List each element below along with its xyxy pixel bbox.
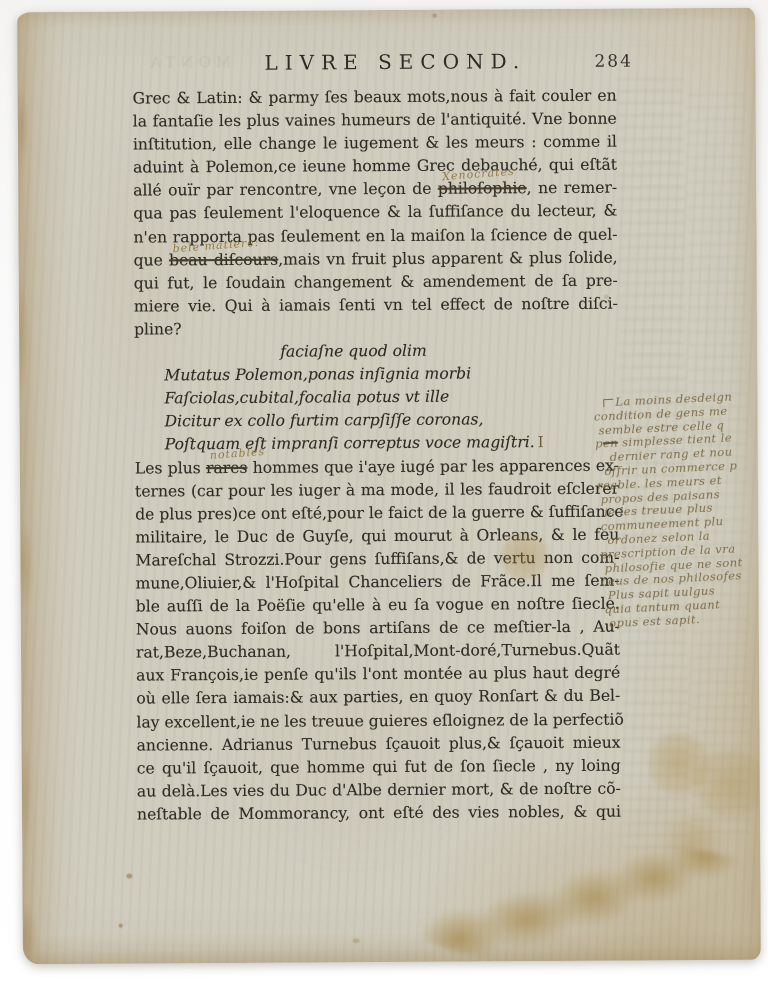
text-line: mune,Oliuier,& l'Hoſpital Chanceliers de… xyxy=(136,570,620,596)
struck-out-text: beau diſcoursbele matiere: xyxy=(169,250,278,269)
handwritten-correction: Xenocrates xyxy=(441,166,514,182)
text-line: ble auſſi de la Poëſie qu'elle à eu ſa v… xyxy=(136,593,620,619)
text-line: ce qu'il ſçauoit, que homme qui fut de ſ… xyxy=(137,754,621,780)
text-line: allé ouïr par rencontre, vne leçon de ph… xyxy=(133,177,617,203)
text-line: Dicitur ex collo furtim carpſiſſe corona… xyxy=(165,408,619,434)
text-line: Mareſchal Strozzi.Pour gens ſuffiſans,& … xyxy=(135,546,619,572)
text-line: qua pas ſeulement l'eloquence & la ſuffi… xyxy=(133,200,617,226)
text-line: que beau diſcoursbele matiere:,mais vn f… xyxy=(134,246,618,272)
ink-speck xyxy=(432,14,437,18)
text-line: pline? xyxy=(134,316,618,342)
text-line: Grec & Latin: & parmy ſes beaux mots,nou… xyxy=(133,85,617,111)
text-segment: allé ouïr par rencontre, vne leçon de xyxy=(133,180,438,200)
paragraph-2: Les plus raresnotables hommes que i'aye … xyxy=(135,454,621,826)
handwritten-margin-annotation: La moins desdeigncondition de gens mesem… xyxy=(593,388,761,631)
text-line: inſtitution, elle change le iugement & l… xyxy=(133,131,617,157)
text-line: ternes (car pour les iuger à ma mode, il… xyxy=(135,477,619,503)
stain-spot xyxy=(658,812,728,872)
large-bottom-stain xyxy=(409,829,761,964)
struck-out-text: raresnotables xyxy=(206,458,248,476)
ink-speck xyxy=(604,295,609,299)
running-header: LIVRE SECOND. 284 xyxy=(134,48,634,75)
struck-out-text: en xyxy=(603,436,619,451)
book-page: MONTA LIVRE SECOND. 284 Grec & Latin: & … xyxy=(17,8,761,964)
text-line: aux François,ie penſe qu'ils l'ont monté… xyxy=(136,662,620,688)
text-line: de plus pres)ce ont eſté,pour le faict d… xyxy=(135,500,619,526)
text-line: la fantaſie les plus vaines humeurs de l… xyxy=(133,108,617,134)
text-line: aduint à Polemon,ce ieune homme Grec deb… xyxy=(133,154,617,180)
text-line: lay excellent,ie ne les treuue guieres e… xyxy=(136,708,620,734)
text-line: militaire, le Duc de Guyſe, qui mourut à… xyxy=(135,523,619,549)
text-segment: Les plus xyxy=(135,459,206,477)
text-segment: hommes que i'aye iugé par les apparences… xyxy=(247,456,619,476)
body-text: Grec & Latin: & parmy ſes beaux mots,nou… xyxy=(133,85,622,827)
text-line: rat,Beze,Buchanan, l'Hoſpital,Mont-doré,… xyxy=(136,639,620,665)
text-line: au delà.Les vies du Duc d'Albe dernier m… xyxy=(137,777,621,803)
text-line: ancienne. Adrianus Turnebus ſçauoit plus… xyxy=(137,731,621,757)
deckled-left-edge xyxy=(17,12,49,964)
page-title: LIVRE SECOND. xyxy=(264,49,526,75)
struck-out-text: philoſophieXenocrates xyxy=(438,180,527,199)
text-line: Les plus raresnotables hommes que i'aye … xyxy=(135,454,619,480)
text-line: neſtable de Mommorancy, ont eſté des vie… xyxy=(137,800,621,826)
stain-spot xyxy=(647,730,709,796)
ink-speck xyxy=(353,938,360,943)
paragraph-1: Grec & Latin: & parmy ſes beaux mots,nou… xyxy=(133,85,619,342)
page-number: 284 xyxy=(594,52,633,72)
ink-speck xyxy=(126,874,132,879)
handwritten-reference-mark xyxy=(603,399,613,407)
text-line: où elle ſera iamais:& aux parties, en qu… xyxy=(136,685,620,711)
text-line: Nous auons foiſon de bons artiſans de ce… xyxy=(136,616,620,642)
text-segment: , ne remer- xyxy=(527,179,618,198)
text-line: Faſciolas,cubital,focalia potus vt ille xyxy=(164,385,618,411)
stain-spot xyxy=(694,748,761,818)
text-line: faciaſne quod olim xyxy=(280,339,618,364)
ink-speck xyxy=(119,924,123,928)
text-line: miere vie. Qui à iamais ſenti vn tel eff… xyxy=(134,292,618,318)
text-line: Mutatus Polemon,ponas inſignia morbi xyxy=(164,362,618,388)
text-line: qui fut, le ſoudain changement & amendem… xyxy=(134,269,618,295)
handwritten-insertion-mark: I xyxy=(538,433,544,451)
text-segment: que xyxy=(134,251,170,269)
latin-verse-quote: faciaſne quod olimMutatus Polemon,ponas … xyxy=(134,339,619,457)
text-segment: ,mais vn fruit plus apparent & plus ſoli… xyxy=(278,248,618,268)
